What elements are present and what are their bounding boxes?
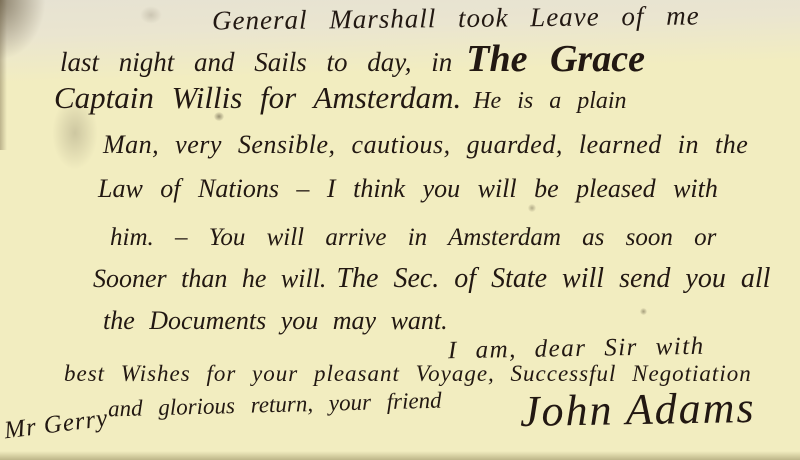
top-left-corner-shadow xyxy=(0,0,46,60)
addressee-note: Mr Gerry xyxy=(3,406,110,444)
ship-name-text: The Grace xyxy=(466,40,645,80)
letter-closing-line-2-text: best Wishes for your pleasant Voyage, Su… xyxy=(64,362,752,386)
letter-line-4-text: Man, very Sensible, cautious, guarded, l… xyxy=(103,131,748,158)
letter-line-7: Sooner than he will.The Sec. of State wi… xyxy=(93,264,770,293)
letter-closing-line-1: I am, dear Sir with xyxy=(448,334,705,365)
letter-line-6-text: him. – You will arrive in Amsterdam as s… xyxy=(110,225,716,251)
letter-closing-line-2: best Wishes for your pleasant Voyage, Su… xyxy=(64,362,752,386)
letter-line-7-text: Sooner than he will. xyxy=(93,265,326,292)
letter-line-6: him. – You will arrive in Amsterdam as s… xyxy=(110,225,716,251)
letter-line-2: last night and Sails to day, inThe Grace xyxy=(60,40,645,80)
letter-closing-line-3: and glorious return, your friend xyxy=(108,389,442,422)
letter-line-1-text: General Marshall took Leave of me xyxy=(212,1,700,34)
letter-line-2-text: last night and Sails to day, in xyxy=(60,48,452,76)
left-edge-shadow xyxy=(0,0,7,150)
letter-closing-line-1-text: I am, dear Sir with xyxy=(448,334,705,365)
letter-line-8-text: the Documents you may want. xyxy=(103,307,448,334)
bottom-edge-shadow xyxy=(0,451,800,460)
letter-line-7-text-continued: The Sec. of State will send you all xyxy=(336,264,770,293)
letter-line-3: Captain Willis for Amsterdam.He is a pla… xyxy=(54,82,627,115)
ink-speck xyxy=(528,204,536,212)
ink-speck xyxy=(640,308,647,315)
signature: John Adams xyxy=(520,386,756,434)
letter-line-5-text: Law of Nations – I think you will be ple… xyxy=(98,175,718,202)
letter-line-1: General Marshall took Leave of me xyxy=(212,1,700,34)
letter-closing-line-3-text: and glorious return, your friend xyxy=(108,389,442,422)
letter-line-8: the Documents you may want. xyxy=(103,307,448,334)
letter-line-4: Man, very Sensible, cautious, guarded, l… xyxy=(103,131,748,158)
letter-page: General Marshall took Leave of me last n… xyxy=(0,0,800,460)
letter-line-5: Law of Nations – I think you will be ple… xyxy=(98,175,718,202)
paper-stain xyxy=(140,6,162,24)
letter-line-3-text-continued: He is a plain xyxy=(473,89,626,114)
letter-line-3-text: Captain Willis for Amsterdam. xyxy=(54,82,461,115)
